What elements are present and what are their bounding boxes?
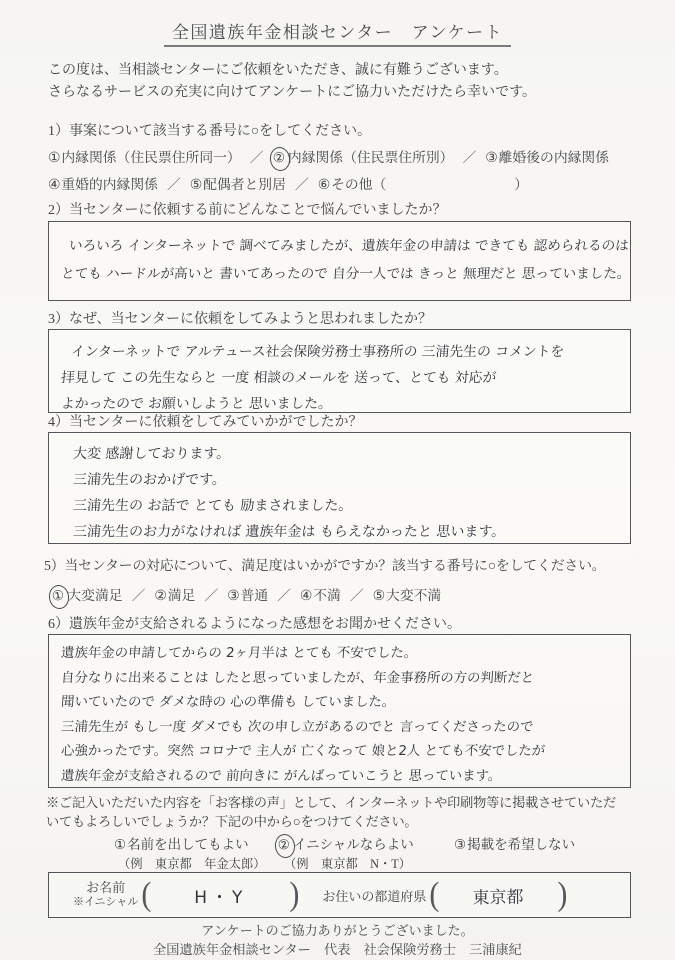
- q1-option-1: ①内縁関係（住民票住所同一）: [48, 150, 241, 165]
- prefecture-field-label: お住いの都道府県: [322, 886, 426, 905]
- prefecture-value: 東京都: [442, 882, 554, 909]
- q1-options-row1: ①内縁関係（住民票住所同一）／②内縁関係（住民票住所別）／③離婚後の内縁関係: [48, 146, 631, 166]
- publish-options-row: ①名前を出してもよい ②イニシャルならよい ③掲載を希望しない （例 東京都 年…: [48, 833, 631, 875]
- option-separator: ／: [204, 588, 218, 603]
- handwritten-line: 聞いていたので ダメな時の 心の準備も していました。: [60, 691, 619, 716]
- q5-option-4: ④不満: [300, 588, 341, 603]
- q1-option-5: ⑤配偶者と別居: [190, 177, 286, 192]
- q3-heading: 3）なぜ、当センターに依頼をしてみようと思われましたか？: [48, 308, 631, 328]
- name-field-label: お名前 ※イニシャル: [73, 880, 138, 910]
- q1-option-6: ⑥その他（）: [318, 177, 528, 192]
- publish-option-2: ②イニシャルならよい: [278, 833, 414, 853]
- handwritten-line: 大変 感謝しております。: [62, 441, 617, 467]
- handwritten-line: 三浦先生の お話で とても 励まされました。: [62, 493, 617, 519]
- close-paren: ): [289, 878, 299, 912]
- handwritten-line: いろいろ インターネットで 調べてみましたが、遺族年金の申請は できても 認めら…: [60, 232, 619, 260]
- publish-option-1: ①名前を出してもよい: [114, 833, 249, 853]
- option-separator: ／: [350, 588, 364, 603]
- q6-heading: 6）遺族年金が支給されるようになった感想をお聞かせください。: [48, 613, 631, 633]
- option-separator: ／: [132, 588, 146, 603]
- q6-answer-box: 遺族年金の申請してからの 2ヶ月半は とても 不安でした。 自分なりに出来ること…: [48, 634, 631, 788]
- publish-note-line-2: いてもよろしいでしょうか？下記の中から○をつけてください。: [46, 813, 649, 832]
- intro-line-1: この度は、当相談センターにご依頼をいただき、誠に有難うございます。: [48, 60, 631, 82]
- q1-option-2: ②内縁関係（住民票住所別）: [273, 150, 454, 165]
- q1-heading: 1）事案について該当する番号に○をしてください。: [48, 120, 631, 140]
- q5-option-5: ⑤大変不満: [373, 588, 442, 603]
- q4-answer-box: 大変 感謝しております。 三浦先生のおかげです。 三浦先生の お話で とても 励…: [48, 432, 631, 544]
- publish-option-2-example: （例 東京都 N・T）: [284, 854, 411, 872]
- handwritten-line: 三浦先生のおかげです。: [62, 467, 617, 493]
- footer-thanks: アンケートのご協力ありがとうございました。: [0, 920, 675, 939]
- open-paren: (: [429, 878, 439, 912]
- handwritten-line: 遺族年金が支給されるので 前向きに がんばっていこうと 思っています。: [60, 765, 619, 789]
- q1-option-3: ③離婚後の内縁関係: [485, 150, 609, 165]
- q5-option-2: ②満足: [154, 588, 195, 603]
- q3-answer-box: インターネットで アルテュース社会保険労務士事務所の 三浦先生の コメントを 拝…: [48, 329, 631, 413]
- close-paren: ): [557, 878, 567, 912]
- q5-options-row: ①大変満足／②満足／③普通／④不満／⑤大変不満: [52, 584, 631, 604]
- handwritten-line: とても ハードルが高いと 書いてあったので 自分一人では きっと 無理だと 思っ…: [60, 260, 619, 288]
- publish-option-1-example: （例 東京都 年金太郎）: [118, 854, 266, 872]
- q1-options-row2: ④重婚的内縁関係／⑤配偶者と別居／⑥その他（）: [48, 173, 631, 193]
- page-title: 全国遺族年金相談センター アンケート: [0, 18, 675, 43]
- publish-consent-note: ※ご記入いただいた内容を「お客様の声」として、インターネットや印刷物等に掲載させ…: [46, 794, 649, 831]
- publish-option-3: ③掲載を希望しない: [454, 833, 575, 853]
- q1-option-4: ④重婚的内縁関係: [48, 177, 158, 192]
- option-separator: ／: [462, 150, 476, 165]
- q5-heading: 5）当センターの対応について、満足度はいかがですか？該当する番号に○をしてくださ…: [44, 554, 669, 575]
- option-separator: ／: [277, 588, 291, 603]
- respondent-info-box: お名前 ※イニシャル ( H・Y ) お住いの都道府県 ( 東京都 ): [48, 872, 631, 918]
- intro-text: この度は、当相談センターにご依頼をいただき、誠に有難うございます。 さらなるサー…: [48, 60, 631, 104]
- option-separator: ／: [295, 177, 309, 192]
- q2-answer-box: いろいろ インターネットで 調べてみましたが、遺族年金の申請は できても 認めら…: [48, 221, 631, 301]
- option-separator: ／: [167, 177, 181, 192]
- option-separator: ／: [250, 150, 264, 165]
- handwritten-line: インターネットで アルテュース社会保険労務士事務所の 三浦先生の コメントを: [60, 339, 619, 365]
- intro-line-2: さらなるサービスの充実に向けてアンケートにご協力いただけたら幸いです。: [48, 82, 631, 104]
- handwritten-line: 遺族年金の申請してからの 2ヶ月半は とても 不安でした。: [60, 642, 619, 667]
- handwritten-line: よかったので お願いしようと 思いました。: [60, 391, 619, 413]
- handwritten-line: 自分なりに出来ることは したと思っていましたが、年金事務所の方の判断だと: [60, 667, 619, 692]
- handwritten-line: 心強かったです。突然 コロナで 主人が 亡くなって 娘と2人 とても不安でしたが: [60, 740, 619, 765]
- handwritten-line: 拝見して この先生ならと 一度 相談のメールを 送って、とても 対応が: [60, 365, 619, 391]
- q2-heading: 2）当センターに依頼する前にどんなことで悩んでいましたか？: [48, 199, 631, 219]
- handwritten-line: 三浦先生のお力がなければ 遺族年金は もらえなかったと 思います。: [62, 519, 617, 544]
- handwritten-line: 三浦先生が もし一度 ダメでも 次の申し立があるのでと 言ってくださったので: [60, 716, 619, 741]
- publish-note-line-1: ※ご記入いただいた内容を「お客様の声」として、インターネットや印刷物等に掲載させ…: [46, 794, 649, 813]
- q4-heading: 4）当センターに依頼をしてみていかがでしたか？: [48, 411, 631, 431]
- footer-signature: 全国遺族年金相談センター 代表 社会保険労務士 三浦康紀: [0, 939, 675, 958]
- name-initial-value: H・Y: [154, 883, 286, 908]
- q5-option-1: ①大変満足: [52, 588, 123, 603]
- open-paren: (: [141, 878, 151, 912]
- q5-option-3: ③普通: [227, 588, 268, 603]
